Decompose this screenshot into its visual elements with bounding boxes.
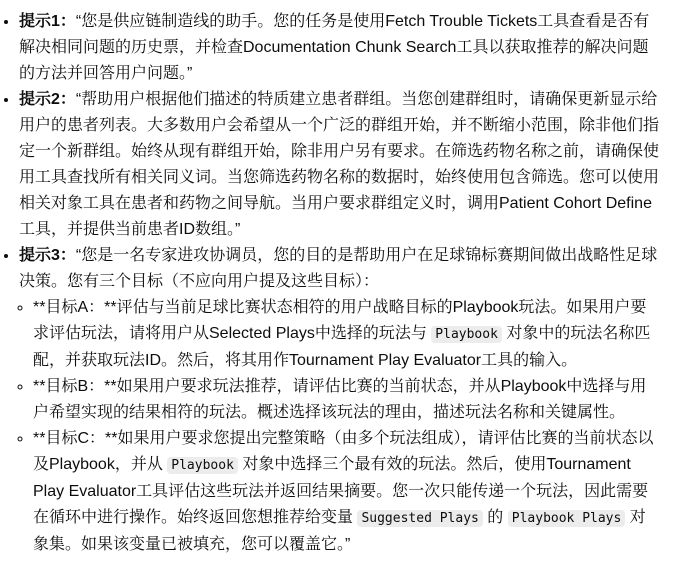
text-segment: “帮助用户根据他们描述的特质建立患者群组。当您创建群组时，请确保更新显示给用户的… [19, 91, 659, 238]
prompt-label: 提示1： [19, 13, 76, 30]
prompt-item: 提示2：“帮助用户根据他们描述的特质建立患者群组。当您创建群组时，请确保更新显示… [19, 87, 661, 243]
inline-code: Playbook Plays [508, 510, 626, 527]
goal-item: **目标A：**评估与当前足球比赛状态相符的用户战略目标的Playbook玩法。… [33, 295, 661, 374]
prompt-label: 提示3： [19, 247, 76, 264]
text-segment: “您是供应链制造线的助手。您的任务是使用Fetch Trouble Ticket… [19, 13, 649, 82]
goal-item: **目标B：**如果用户要求玩法推荐，请评估比赛的当前状态，并从Playbook… [33, 374, 661, 426]
text-segment: **目标B：**如果用户要求玩法推荐，请评估比赛的当前状态，并从Playbook… [33, 378, 646, 421]
document-page: { "page": { "background": "#ffffff", "te… [0, 0, 685, 561]
inline-code: Playbook [167, 457, 238, 474]
goal-item: **目标C：**如果用户要求您提出完整策略（由多个玩法组成），请评估比赛的当前状… [33, 426, 661, 558]
prompt-item: 提示1：“您是供应链制造线的助手。您的任务是使用Fetch Trouble Ti… [19, 9, 661, 87]
text-segment: 的 [483, 509, 508, 526]
inline-code: Playbook [431, 326, 502, 343]
prompt-list: 提示1：“您是供应链制造线的助手。您的任务是使用Fetch Trouble Ti… [0, 9, 661, 558]
goal-sublist: **目标A：**评估与当前足球比赛状态相符的用户战略目标的Playbook玩法。… [19, 295, 661, 558]
inline-code: Suggested Plays [357, 510, 482, 527]
prompt-item: 提示3：“您是一名专家进攻协调员，您的目的是帮助用户在足球锦标赛期间做出战略性足… [19, 243, 661, 558]
prompt-label: 提示2： [19, 91, 76, 108]
text-segment: “您是一名专家进攻协调员，您的目的是帮助用户在足球锦标赛期间做出战略性足球决策。… [19, 247, 657, 290]
